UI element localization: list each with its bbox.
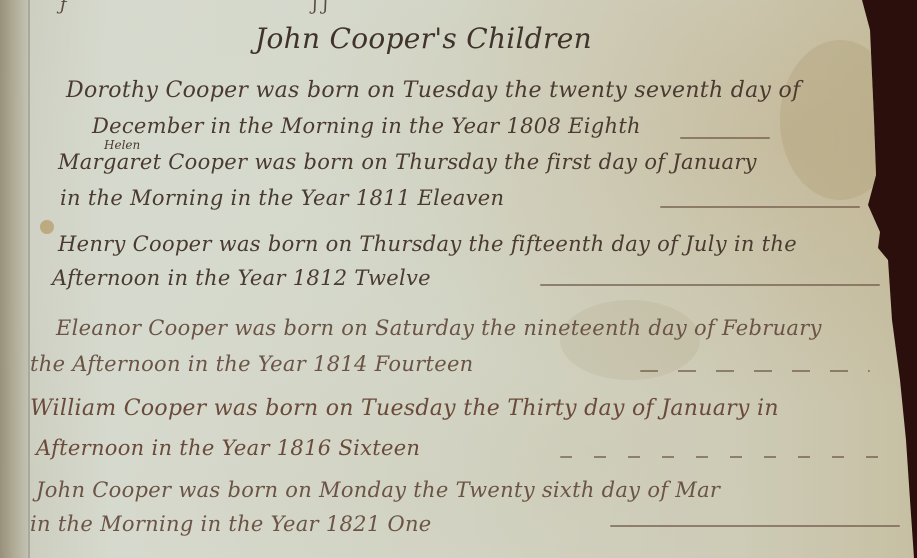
fold-line	[28, 0, 30, 558]
line-filler	[560, 456, 890, 458]
line-filler	[610, 525, 900, 527]
ink-spot	[40, 220, 54, 234]
line-filler	[660, 206, 860, 208]
torn-left-edge	[0, 0, 30, 558]
document-title: John Cooper's Children	[255, 22, 592, 55]
entry-line: Eleanor Cooper was born on Saturday the …	[56, 316, 822, 340]
entry-line: in the Morning in the Year 1821 One	[30, 512, 432, 536]
entry-line: Afternoon in the Year 1816 Sixteen	[36, 436, 420, 460]
water-stain	[560, 300, 700, 380]
document-photo: ƒ ʃ ʃ John Cooper's Children Dorothy Coo…	[0, 0, 917, 558]
entry-line: December in the Morning in the Year 1808…	[92, 114, 641, 138]
entry-line: William Cooper was born on Tuesday the T…	[30, 396, 779, 421]
paper-page: ƒ ʃ ʃ John Cooper's Children Dorothy Coo…	[0, 0, 917, 558]
water-stain	[780, 40, 900, 200]
entry-line: Henry Cooper was born on Thursday the fi…	[58, 232, 797, 256]
entry-line: John Cooper was born on Monday the Twent…	[36, 478, 720, 502]
entry-line: in the Morning in the Year 1811 Eleaven	[60, 186, 504, 210]
top-cut-off-text: ƒ ʃ ʃ	[60, 0, 328, 15]
line-filler	[680, 137, 770, 139]
line-filler	[540, 284, 880, 286]
line-filler	[640, 370, 870, 372]
entry-line: Dorothy Cooper was born on Tuesday the t…	[66, 78, 801, 103]
entry-line: Margaret Cooper was born on Thursday the…	[58, 150, 757, 174]
entry-line: Afternoon in the Year 1812 Twelve	[52, 266, 431, 290]
entry-line: the Afternoon in the Year 1814 Fourteen	[30, 352, 474, 376]
